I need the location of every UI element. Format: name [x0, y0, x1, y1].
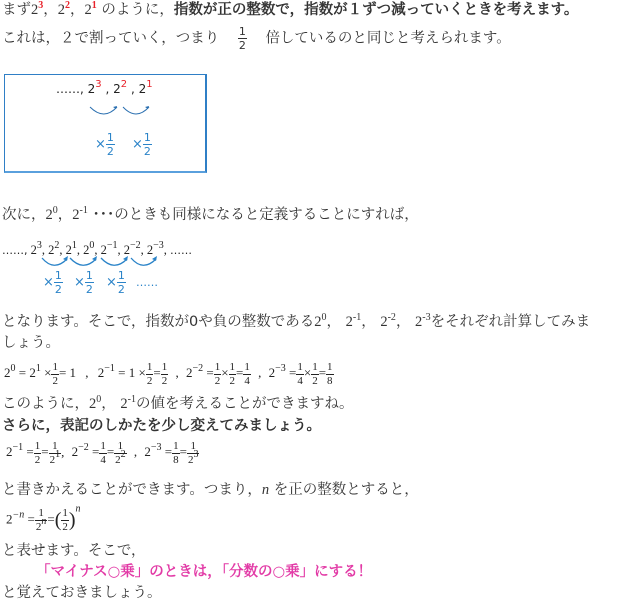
remember-line: と覚えておきましょう。 — [2, 583, 162, 602]
eq-2-neg1: 2−1 = 1 ×12=12 — [98, 365, 168, 380]
eq-2-neg3: 2−3 =14×12=18 — [269, 365, 334, 380]
equations-row-1: 20 = 21 ×12= 1 , 2−1 = 1 ×12=12 , 2−2 =1… — [4, 362, 334, 387]
eq-2-0: 20 = 21 ×12= 1 — [4, 365, 76, 380]
calc-intro-line1: となります。そこで，指数が0や負の整数である20， 2-1， 2-2， 2-3を… — [2, 312, 590, 332]
equations-row-2: 2−1 =12=121, 2−2 =14=122 , 2−3 =18=123 — [6, 441, 199, 466]
rewrite-heading: さらに，表記のしかたを少し変えてみましょう。 — [2, 416, 321, 436]
general-intro-line: と書きかえることができます。つまり，n を正の整数とすると， — [2, 480, 419, 500]
eq2-2-neg3: 2−3 =18=123 — [144, 444, 199, 459]
expressed-line: と表せます。そこで， — [2, 541, 146, 561]
eq2-2-neg1: 2−1 =12=121 — [6, 444, 61, 459]
conclusion-line: このように，20， 2-1の値を考えることができますね。 — [2, 394, 353, 414]
eq-2-neg2: 2−2 =12×12=14 — [186, 365, 251, 380]
sequence-arrows — [0, 0, 618, 602]
calc-intro-line2: しょう。 — [2, 333, 60, 353]
seq-multiplier-1: ×12 — [43, 270, 63, 295]
seq-multiplier-2: ×12 — [74, 270, 94, 295]
seq-multiplier-3: ×12 …… — [106, 270, 158, 295]
key-rule-highlight: 「マイナス○乗」のときは，「分数の○乗」にする！ — [36, 562, 372, 582]
general-equation: 2−n =12n=(12)n — [6, 508, 81, 533]
eq2-2-neg2: 2−2 =14=122 — [72, 444, 127, 459]
